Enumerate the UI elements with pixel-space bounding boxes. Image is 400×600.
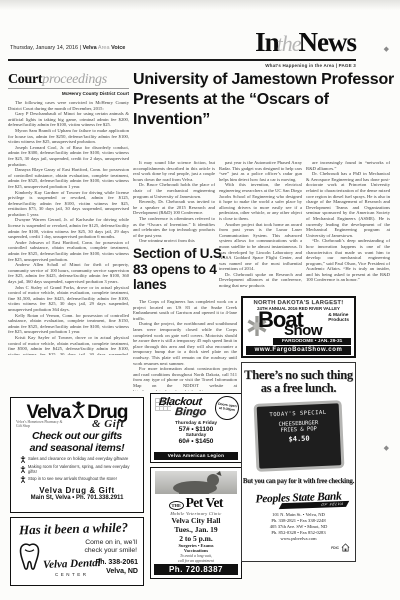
main-article-headline: University of Jamestown Professor Presen… <box>133 70 397 130</box>
bullet-text: Making room for Valentine’s, spring, and… <box>28 465 138 474</box>
dog-photo <box>155 471 237 494</box>
paragraph: Kristi Kay Sayler of Towner, drove or in… <box>8 335 129 355</box>
blackout-bingo-ad: Blackout Bingo Doors open at 5:30pm Thur… <box>150 393 242 463</box>
paragraph: With this invention, the electrical engi… <box>219 182 302 221</box>
pet-vet-the: THE <box>169 501 184 510</box>
dental-script-headline: Has it been a while? <box>19 520 128 539</box>
pet-vet-note: To avoid a long wait, call for an appoin… <box>151 554 241 563</box>
us83-article-headline: Section of U.S. 83 opens to 4 lanes <box>133 246 229 293</box>
velva-dental-ad: Has it been a while? Come on in, we’ll c… <box>10 517 144 586</box>
pet-vet-time: 2 to 5 p.m. <box>151 534 241 543</box>
peoples-state-bank-ad: There’s no such thing as a free lunch. T… <box>241 362 356 562</box>
dental-city: Velva, ND <box>96 568 138 577</box>
court-body-text: The following cases were convicted in Mc… <box>8 100 129 355</box>
boat-show-side-2: Products <box>328 318 349 323</box>
paragraph: Dwayne Warren Gerard, Jr. of Karlsruhe f… <box>8 217 129 239</box>
velva-drug-footer-name: Velva Drug & Gift <box>16 486 138 495</box>
paragraph: Andre Johsavn of East Hartford, Conn. fo… <box>8 240 129 262</box>
paragraph: Dr. Chehroudi has a PhD in Mechanical & … <box>306 171 390 238</box>
boat-show-side-text: & Marine Products <box>328 313 349 324</box>
paragraph: During the project, the northbound and s… <box>133 321 237 366</box>
dental-logo-script: Velva Dental <box>43 557 101 571</box>
tooth-icon <box>16 540 43 578</box>
paragraph: Andrew Allen Schall of Minot for theft o… <box>8 262 129 284</box>
paragraph: Danayra Blaye Garay of East Hartford, Co… <box>8 167 129 189</box>
us83-article-body: The Corps of Engineers has completed wor… <box>133 299 237 391</box>
bank-compliance-icons: FDIC <box>331 539 350 557</box>
court-heading-accent: proceedings <box>42 72 107 87</box>
star-person-bullet-icon <box>20 456 26 463</box>
court-heading: Courtproceedings <box>8 72 129 89</box>
paper-name-area: Area <box>98 45 110 51</box>
velva-drug-headline-1: Check out our gifts <box>16 431 138 442</box>
paragraph: Recently, Dr. Chehroudi was invited to b… <box>133 199 215 216</box>
bank-address-block: 101 N. Main St. • Velva, ND Ph. 338-2821… <box>242 512 355 542</box>
dateline-separator: | <box>80 45 81 51</box>
velva-drug-logo-gift: & Gift <box>92 418 124 430</box>
paragraph: One winning project from this <box>133 238 215 242</box>
chalkboard-graphic: TODAY'S SPECIAL CHEESEBURGER FRIES & POP… <box>253 400 344 472</box>
paragraph: Kelly Rotan of Vernon, Conn. for possess… <box>8 313 129 335</box>
article-column-1: It may sound like science fiction, but a… <box>133 160 215 242</box>
pet-vet-phone-bar: Ph. 720.8387 <box>154 564 238 575</box>
list-item: Stop in to see new arrivals throughout t… <box>20 476 138 483</box>
boat-show-url-bar: www.FargoBoatShow.com <box>246 346 351 355</box>
article-column-3: are increasingly found in “networks of R… <box>306 160 390 290</box>
bingo-schedule: Thursday & Friday 57# • $1100 Saturday 6… <box>151 421 241 445</box>
boat-show-venue-bar: FARGODOME • JAN. 29-31 <box>273 338 351 345</box>
dental-copy: Come on in, we’ll check your smile! <box>84 539 137 555</box>
bullet-text: Sales and clearance on holiday and every… <box>28 457 128 462</box>
boat-show-ad: NORTH DAKOTA'S LARGEST! 24TH ANNUAL 2016… <box>241 296 356 358</box>
paragraph: The following cases were convicted in Mc… <box>8 100 129 111</box>
bank-logo-swoosh: OF VELVA <box>279 501 350 509</box>
paper-name-voice: Voice <box>111 45 125 51</box>
paragraph: John C Staley of Grand Forks, drove or i… <box>8 285 129 313</box>
nameplate-news: News <box>299 27 357 57</box>
court-proceedings-section: Courtproceedings McHenry County District… <box>8 72 129 355</box>
bingo-venue-bar: Velva American Legion <box>154 452 238 460</box>
pet-vet-name: Pet Vet <box>186 495 223 511</box>
paragraph: past year is the Automotive Phased Array… <box>219 160 302 182</box>
dateline: Thursday, January 14, 2016 | Velva Area … <box>10 45 125 51</box>
star-person-bullet-icon <box>20 466 26 473</box>
burst-text: Doors open at 5:30pm <box>216 403 239 414</box>
bingo-prize-2: 60# • $1450 <box>151 438 241 445</box>
star-person-icon <box>71 401 86 423</box>
bank-subline: But you can pay for it with free checkin… <box>242 478 355 485</box>
boat-show-title-block: Boat & Marine Products Show <box>246 311 351 338</box>
paragraph: Kimberly Kay Gardner of Towner for drivi… <box>8 190 129 218</box>
chalkboard-line1: TODAY'S SPECIAL <box>256 409 338 419</box>
chalkboard-price: $4.50 <box>257 433 339 445</box>
boat-show-title-show: Show <box>284 322 322 339</box>
paragraph: Joseph Leonard Cool, Jr. of Ruso for dis… <box>8 145 129 167</box>
bullet-text: Stop in to see new arrivals throughout t… <box>28 477 117 482</box>
paragraph: Dr. Chehroudi spoke on Research and Deve… <box>219 272 302 289</box>
court-subtitle: McHenry County District Court <box>8 91 129 96</box>
list-item: Making room for Valentine’s, spring, and… <box>20 465 138 474</box>
bank-headline-line2: as a free lunch. <box>242 382 355 395</box>
pet-vet-brand: THE Pet Vet <box>151 495 241 511</box>
velva-drug-logo-velva: Velva <box>27 403 71 422</box>
dental-contact: Ph. 338-2061 Velva, ND <box>96 559 138 576</box>
pet-vet-note-line2: call for an appointment <box>151 559 241 563</box>
diamond-ornament-icon: ◆ <box>384 45 389 53</box>
velva-drug-footer-address: Main St, Velva • Ph. 701.338.2911 <box>16 495 138 501</box>
dental-copy-line2: check your smile! <box>84 547 137 555</box>
paragraph: Another project that took home an award … <box>219 222 302 272</box>
article-column-2: past year is the Automotive Phased Array… <box>219 160 302 292</box>
paragraph: The Corps of Engineers has completed wor… <box>133 299 237 321</box>
court-heading-main: Court <box>8 72 42 87</box>
section-nameplate: IntheNews <box>255 27 356 58</box>
paragraph: Myron Sam Brandt of Upham for failure to… <box>8 128 129 145</box>
pet-vet-ad: THE Pet Vet Mobile Veterinary Clinic Vel… <box>150 467 242 579</box>
fdic-label: FDIC <box>331 546 339 550</box>
pet-vet-services-2: Vaccinations <box>151 548 241 553</box>
paragraph: are increasingly found in “networks of R… <box>306 160 390 171</box>
dental-copy-line1: Come on in, we’ll <box>84 539 137 547</box>
velva-drug-bullet-list: Sales and clearance on holiday and every… <box>20 456 138 483</box>
paragraph: “Dr. Chehroudi’s deep understanding of h… <box>306 238 390 283</box>
bingo-title-bingo: Bingo <box>174 406 206 418</box>
paragraph: Gary P Deschambault of Minot for using c… <box>8 111 129 128</box>
paper-name-velva: Velva <box>83 45 97 51</box>
header-rule <box>8 59 356 61</box>
dental-phone: Ph. 338-2061 <box>96 559 138 568</box>
diamond-ornament-icon: ◆ <box>384 444 389 452</box>
doors-open-burst: Doors open at 5:30pm <box>213 394 240 421</box>
nameplate-tagline: What’s Happening in the Area | PAGE 3 <box>265 63 356 68</box>
paragraph: The conference is oftentimes referred to… <box>133 216 215 238</box>
list-item: Sales and clearance on holiday and every… <box>20 456 138 463</box>
dental-logo-caps: CENTER <box>55 572 89 577</box>
paragraph: Dr. Bruce Chehroudi holds the place of c… <box>133 182 215 199</box>
equal-housing-icon <box>341 539 350 557</box>
velva-drug-tagline: Velva’s Hometown Pharmacy & Gift Shop <box>16 420 68 428</box>
bank-headline: There’s no such thing as a free lunch. <box>242 369 355 395</box>
star-person-bullet-icon <box>20 476 26 483</box>
paragraph: For more information about construction … <box>133 366 237 391</box>
bingo-prize-1: 57# • $1100 <box>151 426 241 433</box>
newspaper-page: Thursday, January 14, 2016 | Velva Area … <box>0 0 400 600</box>
velva-drug-headline-2: and seasonal items! <box>16 443 138 454</box>
nameplate-in: In <box>255 27 279 57</box>
pet-vet-date: Tues., Jan. 19 <box>151 525 241 534</box>
pet-vet-venue: Velva City Hall <box>151 516 241 525</box>
velva-drug-ad: Velva Drug Velva’s Hometown Pharmacy & G… <box>10 397 144 513</box>
nameplate-the: the <box>277 31 301 56</box>
issue-date: Thursday, January 14, 2016 <box>10 45 78 51</box>
paragraph: It may sound like science fiction, but a… <box>133 160 215 182</box>
